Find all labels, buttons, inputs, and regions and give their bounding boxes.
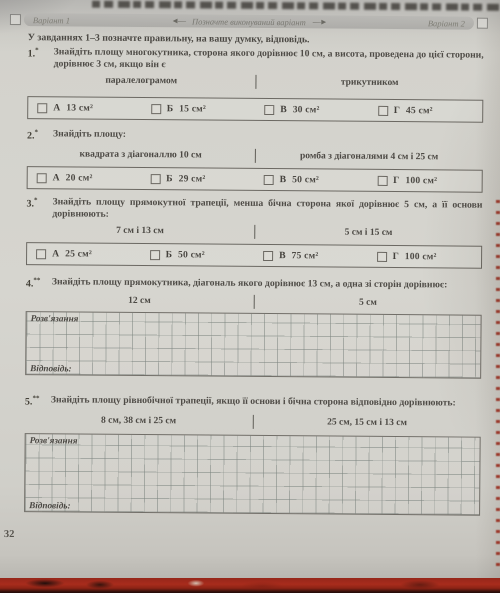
answer-option: Г 100 см² bbox=[368, 251, 482, 263]
answer-letter: В bbox=[280, 104, 287, 115]
answer-option: В 75 см² bbox=[254, 250, 368, 262]
answer-option: Б 29 см² bbox=[141, 173, 255, 185]
question-number: 1.* bbox=[28, 46, 54, 69]
column-option-right: 5 см bbox=[254, 297, 482, 309]
intro-text: У завданнях 1–3 позначте правильну, на в… bbox=[28, 32, 484, 47]
variant1-checkbox[interactable] bbox=[10, 14, 21, 25]
variant-instruction-label: Позначте виконуваний варіант bbox=[192, 16, 306, 27]
answer-value: 15 см² bbox=[179, 104, 206, 115]
question-number: 5.** bbox=[25, 394, 51, 408]
answer-letter: Б bbox=[166, 174, 172, 185]
answer-value: 25 см² bbox=[65, 249, 92, 260]
answer-value: 50 см² bbox=[292, 175, 319, 186]
variant-bar: Варіант 1 ◄— Позначте виконуваний варіан… bbox=[10, 13, 488, 30]
answer-letter: Б bbox=[167, 103, 173, 114]
answer-checkbox[interactable] bbox=[37, 103, 47, 113]
answer-row: А 25 см² Б 50 см² В 75 см² Г 100 см² bbox=[26, 242, 482, 269]
answer-option: А 25 см² bbox=[27, 248, 141, 260]
question-1: 1.* Знайдіть площу многокутника, сторона… bbox=[27, 46, 484, 123]
answer-checkbox[interactable] bbox=[37, 173, 47, 183]
answer-letter: Г bbox=[394, 105, 400, 116]
answer-checkbox[interactable] bbox=[264, 105, 274, 115]
left-arrow-icon: ◄— bbox=[171, 16, 185, 25]
question-number: 2.* bbox=[27, 128, 53, 142]
answer-option: В 30 см² bbox=[255, 104, 369, 116]
answer-checkbox[interactable] bbox=[264, 175, 274, 185]
column-option-left: 7 см і 13 см bbox=[26, 225, 254, 237]
answer-option: В 50 см² bbox=[255, 174, 369, 186]
variant-columns: 8 см, 38 см і 25 см 25 см, 15 см і 13 см bbox=[25, 413, 481, 431]
select-variant-instruction: ◄— Позначте виконуваний варіант —► bbox=[171, 16, 327, 27]
answer-checkbox[interactable] bbox=[377, 176, 387, 186]
answer-letter: А bbox=[52, 249, 59, 260]
column-option-right: 25 см, 15 см і 13 см bbox=[253, 417, 481, 429]
background-carpet-strip bbox=[0, 578, 500, 593]
answer-value: 100 см² bbox=[405, 175, 437, 186]
question-number: 4.** bbox=[26, 276, 52, 290]
answer-value: 75 см² bbox=[292, 250, 319, 261]
column-option-right: ромба з діагоналями 4 см і 25 см bbox=[255, 151, 483, 163]
variant-columns: 12 см 5 см bbox=[26, 293, 482, 311]
column-option-right: 5 см і 15 см bbox=[255, 227, 483, 239]
solution-label: Розв'язання bbox=[30, 435, 78, 445]
solution-label: Розв'язання bbox=[31, 313, 79, 323]
question-4: 4.** Знайдіть площу прямокутника, діагон… bbox=[25, 276, 482, 379]
answer-value: 13 см² bbox=[66, 103, 93, 114]
answer-option: А 13 см² bbox=[28, 102, 142, 114]
answer-label: Відповідь: bbox=[30, 363, 71, 373]
answer-letter: В bbox=[279, 250, 286, 261]
answer-value: 50 см² bbox=[178, 249, 205, 260]
answer-checkbox[interactable] bbox=[151, 104, 161, 114]
variant-columns: 7 см і 13 см 5 см і 15 см bbox=[26, 223, 482, 241]
column-option-left: паралелограмом bbox=[27, 75, 255, 87]
answer-checkbox[interactable] bbox=[36, 249, 46, 259]
question-number: 3.* bbox=[26, 196, 52, 219]
page-content: Варіант 1 ◄— Позначте виконуваний варіан… bbox=[0, 0, 500, 593]
column-option-left: 12 см bbox=[26, 295, 254, 307]
question-5: 5.** Знайдіть площу рівнобічної трапеції… bbox=[24, 394, 481, 516]
question-3: 3.* Знайдіть площу прямокутної трапеції,… bbox=[26, 196, 483, 269]
answer-option: Г 45 см² bbox=[369, 105, 483, 117]
red-page-edge-marks bbox=[496, 200, 500, 572]
solution-grid[interactable]: Розв'язання Відповідь: bbox=[25, 311, 481, 379]
answer-option: Б 15 см² bbox=[142, 103, 256, 115]
answer-option: А 20 см² bbox=[28, 172, 142, 184]
question-text: Знайдіть площу рівнобічної трапеції, якщ… bbox=[51, 394, 481, 411]
variant2-checkbox[interactable] bbox=[477, 18, 488, 29]
right-arrow-icon: —► bbox=[313, 17, 327, 26]
answer-checkbox[interactable] bbox=[150, 174, 160, 184]
answer-value: 45 см² bbox=[406, 105, 433, 116]
question-2: 2.* Знайдіть площу: квадрата з діагоналл… bbox=[27, 128, 483, 193]
workbook-photo: Варіант 1 ◄— Позначте виконуваний варіан… bbox=[0, 0, 500, 593]
column-option-left: 8 см, 38 см і 25 см bbox=[25, 415, 253, 427]
question-text: Знайдіть площу прямокутника, діагональ я… bbox=[52, 276, 482, 293]
answer-value: 29 см² bbox=[179, 174, 206, 185]
variant-bar-strip: Варіант 1 ◄— Позначте виконуваний варіан… bbox=[24, 13, 474, 30]
page-number: 32 bbox=[4, 529, 15, 540]
answer-value: 20 см² bbox=[66, 173, 93, 184]
answer-letter: А bbox=[53, 103, 60, 114]
column-option-right: трикутником bbox=[256, 77, 484, 89]
answer-option: Б 50 см² bbox=[141, 249, 255, 261]
answer-row: А 13 см² Б 15 см² В 30 см² Г 45 см² bbox=[27, 96, 483, 123]
answer-letter: В bbox=[280, 174, 287, 185]
answer-checkbox[interactable] bbox=[378, 106, 388, 116]
answer-label: Відповідь: bbox=[29, 500, 70, 510]
answer-value: 30 см² bbox=[293, 104, 320, 115]
variant2-label: Варіант 2 bbox=[428, 18, 465, 28]
question-text: Знайдіть площу: bbox=[53, 128, 483, 145]
answer-letter: Г bbox=[393, 251, 399, 262]
question-text: Знайдіть площу прямокутної трапеції, мен… bbox=[52, 196, 482, 223]
question-text: Знайдіть площу многокутника, сторона яко… bbox=[54, 46, 484, 73]
answer-value: 100 см² bbox=[405, 251, 437, 262]
variant1-label: Варіант 1 bbox=[33, 15, 70, 25]
variant-columns: паралелограмом трикутником bbox=[27, 73, 483, 91]
answer-checkbox[interactable] bbox=[377, 252, 387, 262]
answer-checkbox[interactable] bbox=[263, 251, 273, 261]
answer-option: Г 100 см² bbox=[368, 175, 482, 187]
answer-row: А 20 см² Б 29 см² В 50 см² Г 100 см² bbox=[27, 166, 483, 193]
solution-grid[interactable]: Розв'язання Відповідь: bbox=[24, 433, 481, 516]
variant-columns: квадрата з діагоналлю 10 см ромба з діаг… bbox=[27, 147, 483, 165]
answer-letter: А bbox=[53, 173, 60, 184]
answer-letter: Г bbox=[393, 175, 399, 186]
answer-checkbox[interactable] bbox=[150, 250, 160, 260]
column-option-left: квадрата з діагоналлю 10 см bbox=[27, 149, 255, 161]
answer-letter: Б bbox=[166, 249, 172, 260]
